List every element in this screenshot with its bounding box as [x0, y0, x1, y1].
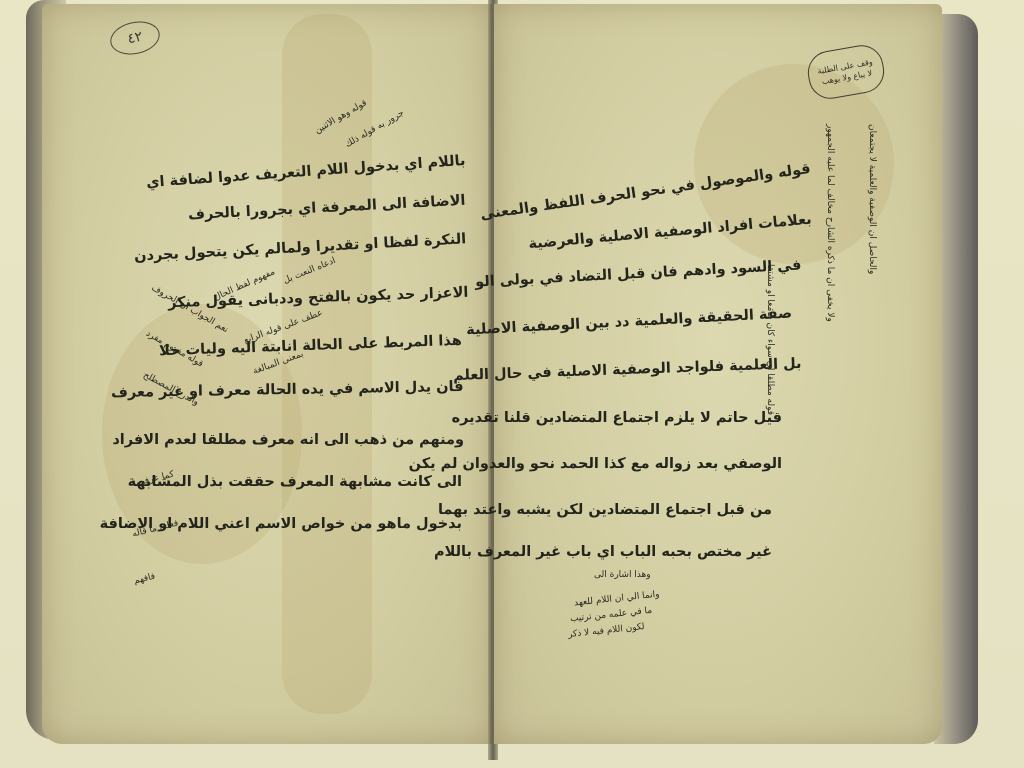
left-page: ٤٢ باللام اي بدخول اللام التعريف عدوا لض… [42, 4, 492, 744]
right-page: وقف على الطلبة لا يباع ولا يوهب قوله وال… [494, 4, 942, 744]
folio-number: ٤٢ [107, 17, 163, 59]
main-text-line: الى كانت مشابهة المعرف حققت بذل المشابهة [128, 474, 462, 490]
main-text-line: بل العلمية فلواجد الوصفية الاصلية في حال… [453, 356, 802, 384]
margin-gloss-column: والحاصل ان الوصفية والعلمية لا يجتمعان [866, 124, 877, 684]
main-text-line: ومنهم من ذهب الى انه معرف مطلقا لعدم الا… [112, 432, 464, 448]
main-text-line: قيل حاتم لا يلزم اجتماع المتضادين قلنا ت… [452, 410, 782, 426]
main-text-line: غير مختص بحبه الباب اي باب غير المعرف با… [434, 544, 772, 560]
main-text-line: من قبل اجتماع المتضادين لكن يشبه واعتد ب… [438, 502, 772, 518]
gloss-text: لكون اللام فيه لا ذكر [568, 622, 646, 641]
library-stamp: وقف على الطلبة لا يباع ولا يوهب [804, 42, 887, 102]
gloss-text: وهذا اشارة الى [594, 570, 651, 581]
margin-gloss-column: قوله مطلقا اي سواء كان جامعا او مشتقا [764, 264, 775, 684]
open-manuscript: ٤٢ باللام اي بدخول اللام التعريف عدوا لض… [18, 0, 978, 760]
main-text-line: في السود وادهم فان قبل التضاد في بولى ال… [475, 257, 802, 290]
main-text-line: الوصفي بعد زواله مع كذا الحمد نحو والعدو… [409, 456, 782, 472]
main-text-line: صفة الحقيقة والعلمية دد بين الوصفية الاص… [465, 305, 792, 338]
gloss-text: فافهم [133, 572, 157, 588]
margin-gloss-column: ولا يخفى ان ما ذكره الشارح مخالف لما علي… [824, 124, 835, 684]
